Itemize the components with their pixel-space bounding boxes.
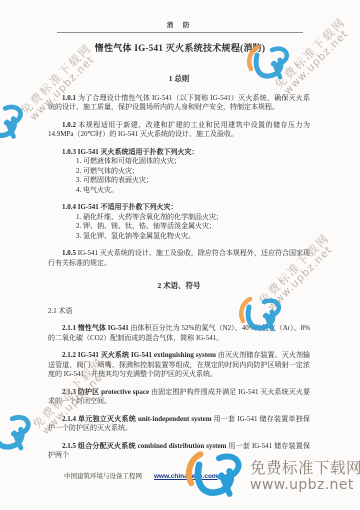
term-name: IG-541 灭火系统 — [78, 351, 129, 359]
page-footer: 中国建筑环境与设备工程网www.chinabeee.com — [64, 471, 218, 480]
term-2-1-4: 2.1.4 单元独立灭火系统 unit-independent system 用… — [48, 415, 310, 434]
list-item: 4. 电气火灾。 — [76, 186, 310, 196]
clause-1-0-3-list: 1. 可燃液体和可熔化固体的火灾； 2. 可燃气体的火灾； 3. 可燃固体的表面… — [48, 157, 310, 195]
section-2-1-subheading: 2.1 术语 — [48, 307, 310, 317]
term-name: 组合分配灭火系统 — [78, 442, 136, 450]
term-english: combined distribution system — [138, 442, 227, 450]
list-item: 3. 可燃固体的表面火灾； — [76, 176, 310, 186]
watermark-url: www.upbz.net — [250, 477, 360, 493]
header-rule — [57, 32, 303, 33]
term-number: 2.1.2 — [62, 351, 76, 359]
section-2-heading: 2 术语、符号 — [48, 281, 310, 291]
document-page: 消 防 惰性气体 IG-541 灭火系统技术规程(消防) 1 总则 1.0.1 … — [0, 0, 360, 510]
term-number: 2.1.4 — [62, 415, 76, 423]
clause-text: 为了合理设计惰性气体 IG-541（以下简称 IG-541）灭火系统，确保灭火系… — [48, 94, 310, 112]
term-english: unit-independent system — [138, 415, 212, 423]
clause-1-0-4-list: 1. 硝化纤维、火药等含氧化剂的化学制品火灾； 2. 钾、钠、镁、钛、锆、铀等活… — [48, 213, 310, 242]
footer-site-name: 中国建筑环境与设备工程网 — [64, 473, 142, 480]
watermark-footer: 免费标准下载网 www.upbz.net — [250, 459, 360, 493]
clause-text: IG-541 灭火系统适用于扑救下列火灾： — [78, 148, 199, 156]
list-item: 2. 可燃气体的火灾； — [76, 167, 310, 177]
term-number: 2.1.3 — [62, 388, 76, 396]
term-english: protective space — [101, 388, 149, 396]
clause-1-0-3: 1.0.3 IG-541 灭火系统适用于扑救下列火灾： — [48, 148, 310, 158]
term-2-1-2: 2.1.2 IG-541 灭火系统 IG-541 extinguishing s… — [48, 351, 310, 380]
list-item: 1. 硝化纤维、火药等含氧化剂的化学制品火灾； — [76, 213, 310, 223]
page-header-label: 消 防 — [0, 0, 360, 29]
clause-1-0-5: 1.0.5 IG-541 灭火系统的设计、施工及验收，除应符合本规程外，还应符合… — [48, 249, 310, 268]
list-item: 3. 氢化钾、氢化钠等金属氢化物火灾。 — [76, 232, 310, 242]
clause-1-0-1: 1.0.1 为了合理设计惰性气体 IG-541（以下简称 IG-541）灭火系统… — [48, 94, 310, 113]
clause-1-0-4: 1.0.4 IG-541 不适用于扑救下列火灾： — [48, 203, 310, 213]
clause-number: 1.0.1 — [62, 94, 76, 102]
upbz-logo-icon — [0, 410, 36, 460]
watermark-text: 免费标准下载网 — [250, 459, 360, 477]
term-name: 单元独立灭火系统 — [78, 415, 136, 423]
term-english: IG-541 extinguishing system — [131, 351, 216, 359]
clause-number: 1.0.4 — [62, 203, 76, 211]
term-2-1-5: 2.1.5 组合分配灭火系统 combined distribution sys… — [48, 442, 310, 461]
term-number: 2.1.5 — [62, 442, 76, 450]
clause-text: 本规程适用于新建、改建和扩建的工业和民用建筑中设置的储存压力为 14.9MPa（… — [48, 121, 310, 139]
document-body: 1 总则 1.0.1 为了合理设计惰性气体 IG-541（以下简称 IG-541… — [48, 74, 310, 461]
document-title: 惰性气体 IG-541 灭火系统技术规程(消防) — [0, 41, 360, 54]
upbz-logo-icon — [0, 100, 28, 148]
list-item: 2. 钾、钠、镁、钛、锆、铀等活泼金属火灾； — [76, 222, 310, 232]
term-number: 2.1.1 — [62, 324, 76, 332]
clause-text: IG-541 不适用于扑救下列火灾： — [78, 203, 178, 211]
clause-number: 1.0.5 — [62, 249, 76, 257]
clause-number: 1.0.2 — [62, 121, 76, 129]
clause-text: IG-541 灭火系统的设计、施工及验收，除应符合本规程外，还应符合国家现行有关… — [48, 249, 310, 267]
clause-number: 1.0.3 — [62, 148, 76, 156]
footer-site-link[interactable]: www.chinabeee.com — [154, 473, 218, 480]
term-2-1-3: 2.1.3 防护区 protective space 由固定围护构件围成并满足 … — [48, 388, 310, 407]
term-name: 惰性气体 IG-541 — [78, 324, 129, 332]
section-1-heading: 1 总则 — [48, 74, 310, 84]
term-2-1-1: 2.1.1 惰性气体 IG-541 由体积百分比为 52%的氮气（N2）、40%… — [48, 324, 310, 343]
term-name: 防护区 — [78, 388, 99, 396]
clause-1-0-2: 1.0.2 本规程适用于新建、改建和扩建的工业和民用建筑中设置的储存压力为 14… — [48, 121, 310, 140]
list-item: 1. 可燃液体和可熔化固体的火灾； — [76, 157, 310, 167]
